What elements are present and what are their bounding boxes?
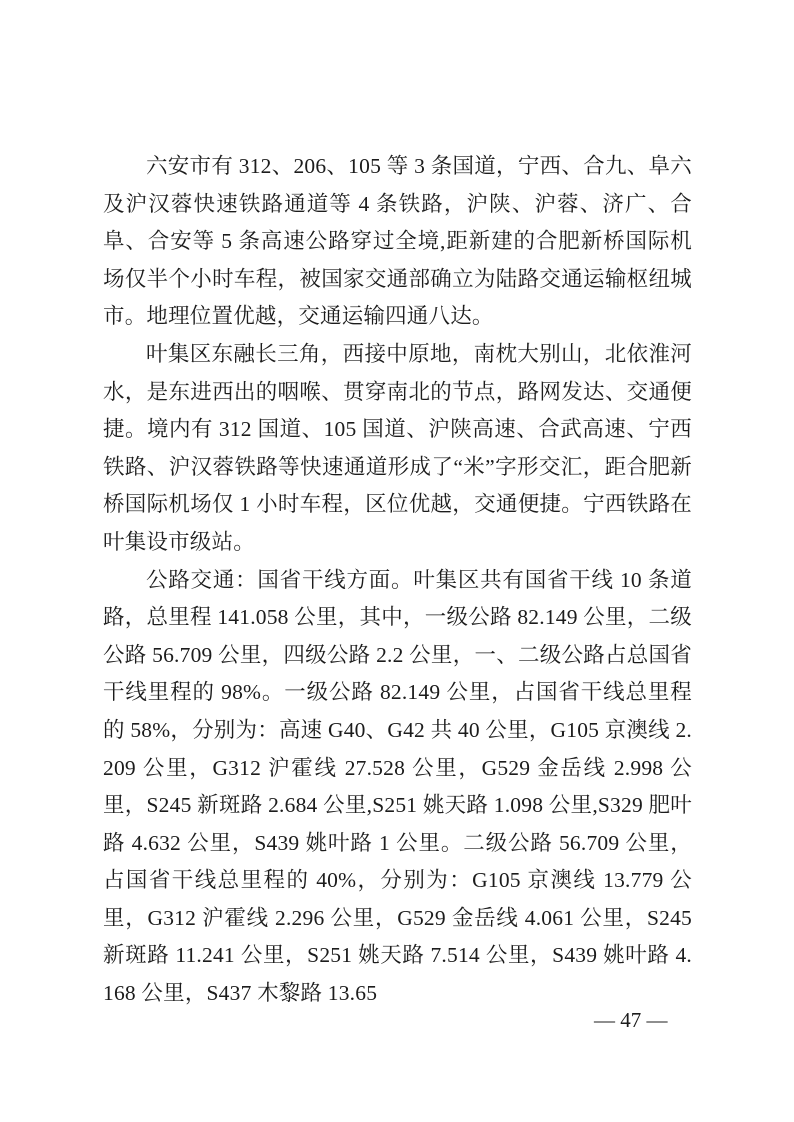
paragraph-luan-city-transport: 六安市有 312、206、105 等 3 条国道，宁西、合九、阜六及沪汉蓉快速铁…: [103, 148, 692, 336]
document-page: 六安市有 312、206、105 等 3 条国道，宁西、合九、阜六及沪汉蓉快速铁…: [0, 0, 794, 1122]
page-number: — 47 —: [594, 1002, 668, 1039]
paragraph-highway-traffic-stats: 公路交通：国省干线方面。叶集区共有国省干线 10 条道路，总里程 141.058…: [103, 562, 692, 1013]
document-body: 六安市有 312、206、105 等 3 条国道，宁西、合九、阜六及沪汉蓉快速铁…: [103, 148, 692, 1013]
paragraph-yeji-district-location: 叶集区东融长三角，西接中原地，南枕大别山，北依淮河水，是东进西出的咽喉、贯穿南北…: [103, 336, 692, 562]
